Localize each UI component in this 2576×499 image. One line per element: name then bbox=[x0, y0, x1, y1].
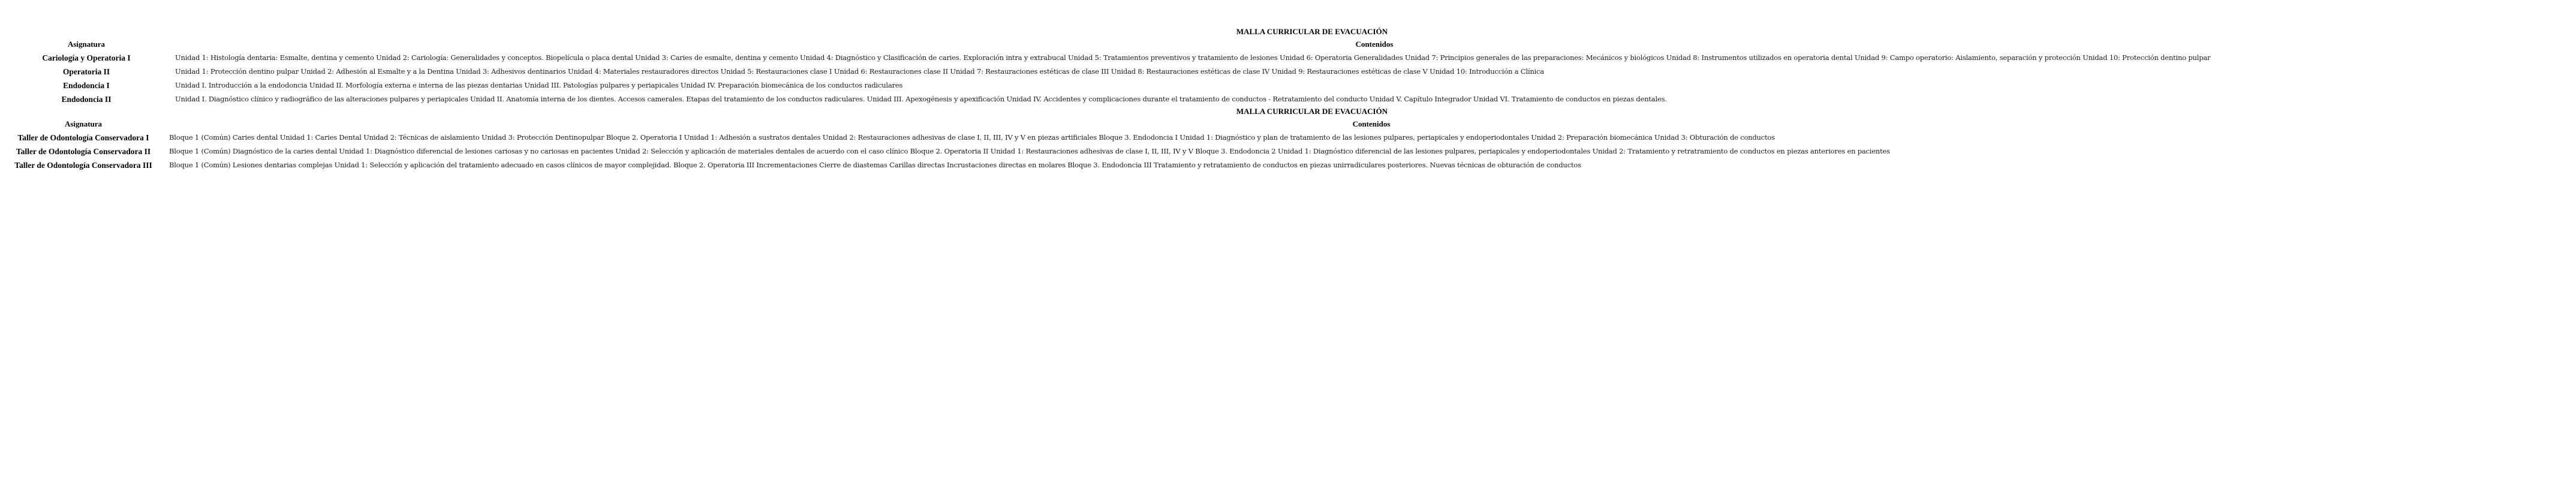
content-cell: Unidad 1: Histología dentaria: Esmalte, … bbox=[173, 51, 2576, 65]
content-cell: Bloque 1 (Común) Lesiones dentarias comp… bbox=[167, 158, 2576, 172]
content-cell: Bloque 1 (Común) Caries dental Unidad 1:… bbox=[167, 131, 2576, 145]
subject-cell: Operatoria II bbox=[0, 65, 173, 79]
column-header-subject: Asignatura bbox=[0, 118, 167, 131]
curriculum-page: MALLA CURRICULAR DE EVACUACIÓN Asignatur… bbox=[0, 0, 2576, 172]
subject-cell: Taller de Odontología Conservadora II bbox=[0, 145, 167, 158]
subject-cell: Taller de Odontología Conservadora III bbox=[0, 158, 167, 172]
table-header-row: Asignatura Contenidos bbox=[0, 118, 2576, 131]
table-caption: MALLA CURRICULAR DE EVACUACIÓN bbox=[0, 106, 2576, 116]
column-header-content: Contenidos bbox=[167, 118, 2576, 131]
table-row: Taller de Odontología Conservadora I Blo… bbox=[0, 131, 2576, 145]
column-header-content: Contenidos bbox=[173, 38, 2576, 51]
table-row: Cariología y Operatoria I Unidad 1: Hist… bbox=[0, 51, 2576, 65]
curriculum-table-block-1: MALLA CURRICULAR DE EVACUACIÓN Asignatur… bbox=[0, 26, 2576, 106]
content-cell: Bloque 1 (Común) Diagnóstico de la carie… bbox=[167, 145, 2576, 158]
subject-cell: Cariología y Operatoria I bbox=[0, 51, 173, 65]
table-caption: MALLA CURRICULAR DE EVACUACIÓN bbox=[0, 26, 2576, 37]
subject-cell: Endodoncia II bbox=[0, 92, 173, 106]
column-header-subject: Asignatura bbox=[0, 38, 173, 51]
subject-cell: Taller de Odontología Conservadora I bbox=[0, 131, 167, 145]
content-cell: Unidad 1: Protección dentino pulpar Unid… bbox=[173, 65, 2576, 79]
table-row: Taller de Odontología Conservadora III B… bbox=[0, 158, 2576, 172]
table-header-row: Asignatura Contenidos bbox=[0, 38, 2576, 51]
curriculum-table-block-2: MALLA CURRICULAR DE EVACUACIÓN Asignatur… bbox=[0, 106, 2576, 172]
content-cell: Unidad I. Diagnóstico clínico y radiográ… bbox=[173, 92, 2576, 106]
table-row: Taller de Odontología Conservadora II Bl… bbox=[0, 145, 2576, 158]
table-row: Operatoria II Unidad 1: Protección denti… bbox=[0, 65, 2576, 79]
curriculum-table-2: Asignatura Contenidos Taller de Odontolo… bbox=[0, 118, 2576, 172]
subject-cell: Endodoncia I bbox=[0, 79, 173, 92]
table-row: Endodoncia I Unidad I. Introducción a la… bbox=[0, 79, 2576, 92]
table-row: Endodoncia II Unidad I. Diagnóstico clín… bbox=[0, 92, 2576, 106]
curriculum-table-1: Asignatura Contenidos Cariología y Opera… bbox=[0, 38, 2576, 106]
content-cell: Unidad I. Introducción a la endodoncia U… bbox=[173, 79, 2576, 92]
